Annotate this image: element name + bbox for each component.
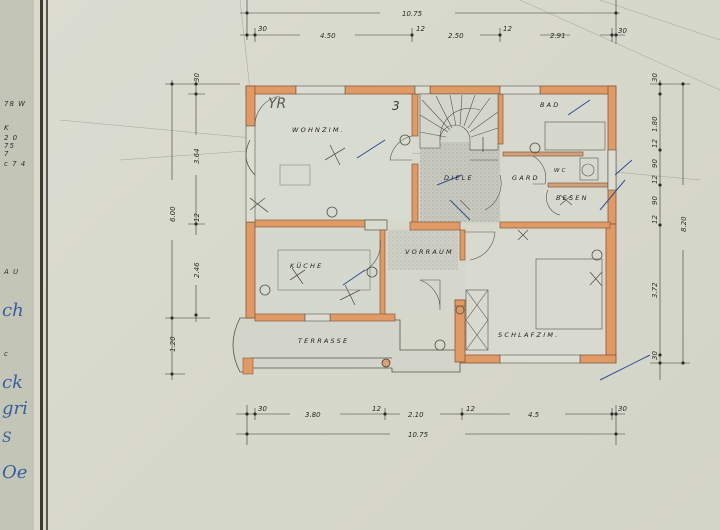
dim-right-1: 1.80: [651, 116, 659, 132]
room-label-diele: DIELE: [444, 174, 474, 182]
room-label-bad: BAD: [540, 101, 561, 109]
terrace-outline: [233, 318, 460, 372]
dim-left-inner-1: 3.64: [193, 148, 201, 164]
dim-bottom-5: 4.5: [528, 411, 540, 419]
room-label-garderobe: GARD: [512, 174, 540, 182]
bottom-dimension-chain: [236, 405, 625, 445]
dim-top-4: 12: [503, 25, 512, 33]
dim-bottom-1: 3.80: [305, 411, 321, 419]
dim-top-0: 30: [258, 25, 267, 33]
dim-top-6: 30: [618, 27, 627, 35]
dim-right-4: 12: [651, 175, 659, 184]
dim-left-inner-2: 12: [193, 213, 201, 222]
dim-right-2: 12: [651, 139, 659, 148]
dim-top-2: 12: [416, 25, 425, 33]
dim-right-5: 90: [651, 196, 659, 205]
dim-top-5: 2.91: [550, 32, 566, 40]
column-icon: [382, 359, 390, 367]
dim-right-outer: 8.20: [680, 216, 688, 232]
floor-plan: 10.75 30 4.50 12 2.50 12 2.91 30 30 3.80…: [0, 0, 720, 530]
room-label-kueche: KÜCHE: [290, 261, 323, 270]
dim-left-outer-0: 6.00: [169, 206, 177, 222]
room-label-terrasse: TERRASSE: [298, 337, 349, 345]
room-label-wc: WC: [554, 168, 568, 174]
left-dimension-chain: [165, 80, 240, 380]
dim-top-1: 4.50: [320, 32, 336, 40]
sketch-mark: 3: [392, 99, 400, 113]
dim-bottom-6: 30: [618, 405, 627, 413]
dim-right-8: 30: [651, 351, 659, 360]
room-label-wohnzimmer: WOHNZIM.: [292, 126, 345, 134]
dim-right-3: 90: [651, 159, 659, 168]
terrace-pier: [243, 358, 253, 374]
room-label-schlafzimmer: SCHLAFZIM.: [498, 331, 559, 339]
dim-bottom-2: 12: [372, 405, 381, 413]
dim-bottom-0: 30: [258, 405, 267, 413]
bathtub-icon: [545, 122, 605, 150]
sketch-mark: YR: [268, 96, 286, 112]
dim-top-3: 2.50: [448, 32, 464, 40]
dim-right-6: 12: [651, 215, 659, 224]
dim-right-0: 30: [651, 73, 659, 82]
dim-bottom-4: 12: [466, 405, 475, 413]
dim-left-inner-0: 30: [193, 73, 201, 82]
dim-right-7: 3.72: [651, 282, 659, 298]
room-label-vorraum: VORRAUM: [405, 248, 454, 256]
dim-top-total: 10.75: [402, 10, 423, 18]
dim-left-inner-3: 2.46: [193, 262, 201, 278]
dim-bottom-3: 2.10: [408, 411, 424, 419]
dim-left-outer-1: 1.20: [169, 336, 177, 352]
top-dimension-chain: [240, 0, 625, 44]
dim-bottom-total: 10.75: [408, 431, 429, 439]
room-label-besen: BESEN: [556, 194, 589, 202]
